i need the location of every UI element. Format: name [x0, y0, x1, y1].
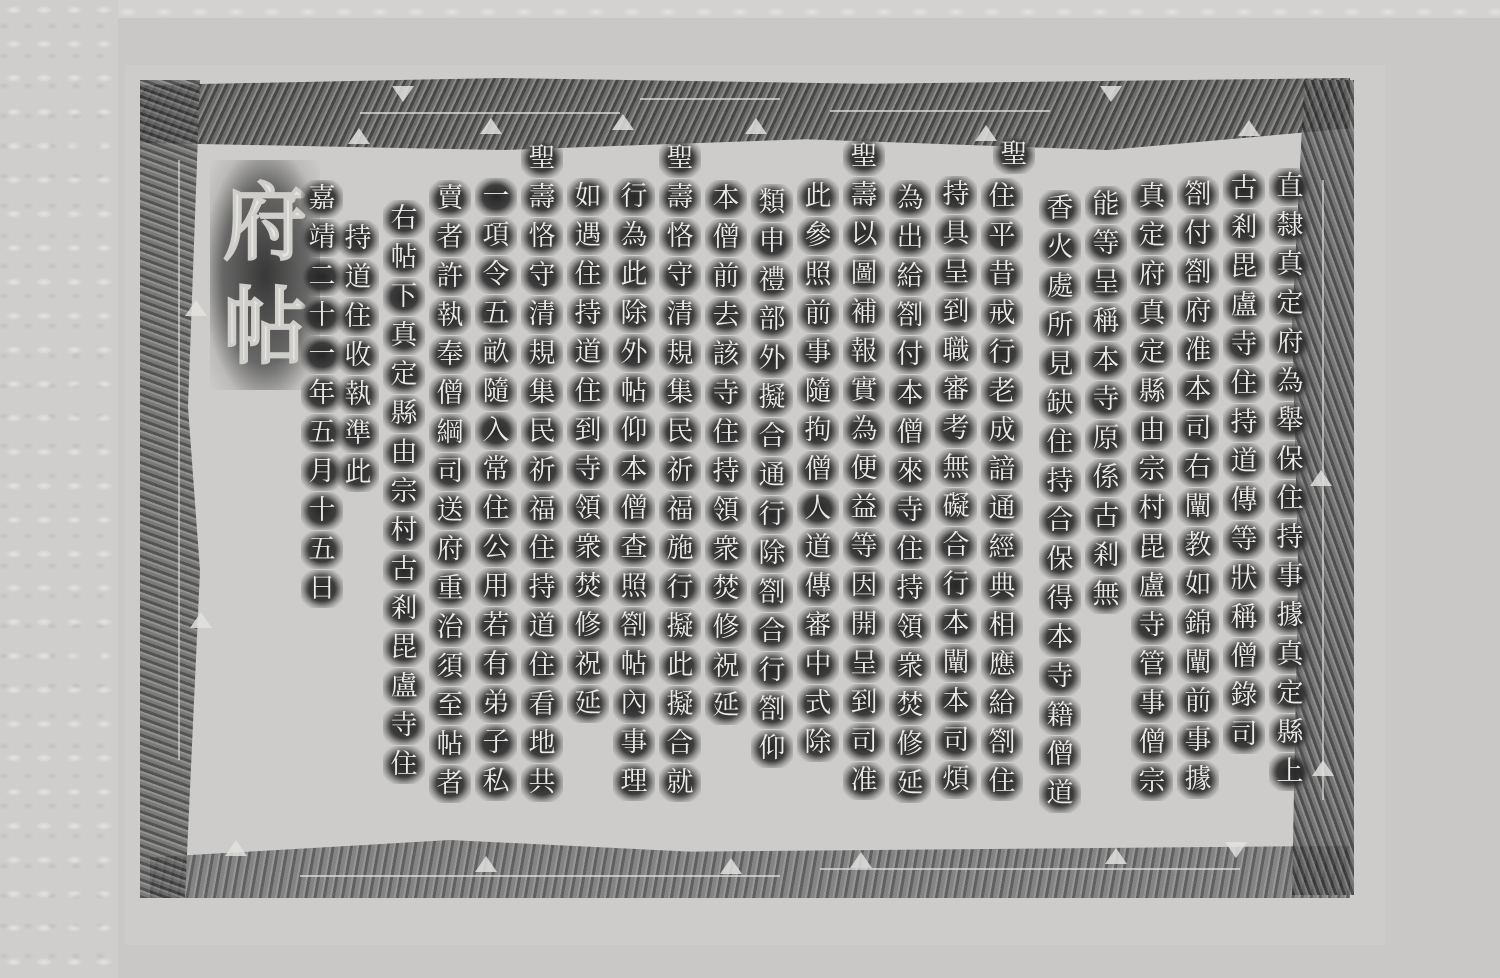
inscription-column: 如遇住持道住到寺領衆焚修祝延	[566, 178, 610, 724]
inscription-character: 火	[1039, 229, 1081, 267]
inscription-character: 持	[1223, 404, 1265, 442]
inscription-column: 本僧前去該寺住持領衆焚修祝延	[704, 180, 748, 726]
inscription-character: 到	[843, 684, 885, 722]
inscription-character: 等	[1085, 225, 1127, 263]
inscription-character: 府	[1131, 256, 1173, 294]
inscription-character: 祈	[521, 452, 563, 490]
inscription-character: 帖	[383, 239, 425, 277]
inscription-character: 僧	[1039, 736, 1081, 774]
inscription-character: 前	[797, 295, 839, 333]
inscription-character: 年	[301, 375, 343, 413]
inscription-character: 規	[659, 335, 701, 373]
inscription-character: 行	[613, 178, 655, 216]
inscription-character: 守	[521, 257, 563, 295]
inscription-character: 通	[981, 490, 1023, 528]
inscription-character: 延	[567, 685, 609, 723]
inscription-character: 持	[935, 176, 977, 214]
inscription-character: 除	[613, 295, 655, 333]
inscription-character: 住	[521, 647, 563, 685]
inscription-character: 本	[705, 180, 747, 218]
inscription-character: 寺	[1223, 326, 1265, 364]
inscription-character: 內	[613, 685, 655, 723]
inscription-character: 司	[935, 722, 977, 760]
inscription-character: 合	[751, 418, 793, 456]
inscription-character: 縣	[383, 395, 425, 433]
inscription-character: 十	[301, 492, 343, 530]
inscription-character: 毘	[383, 629, 425, 667]
inscription-column: 持具呈到職審考無礙合行本闡本司煩	[934, 176, 978, 800]
inscription-character: 許	[429, 258, 471, 296]
inscription-character: 聖	[521, 140, 563, 178]
inscription-character: 司	[429, 453, 471, 491]
inscription-character: 劄	[751, 574, 793, 612]
inscription-character: 呈	[935, 254, 977, 292]
inscription-character: 縣	[1131, 373, 1173, 411]
inscription-character: 僧	[705, 219, 747, 257]
title-char: 府	[223, 171, 307, 275]
inscription-character: 到	[567, 412, 609, 450]
inscription-character: 持	[521, 569, 563, 607]
inscription-character: 綱	[429, 414, 471, 452]
inscription-character: 地	[521, 725, 563, 763]
triangle-ornament-icon	[475, 856, 497, 872]
inscription-column: 古剎毘盧寺住持道傳等狀稱僧錄司	[1222, 170, 1266, 755]
inscription-character: 真	[1269, 246, 1311, 284]
inscription-character: 考	[935, 410, 977, 448]
triangle-ornament-icon	[185, 300, 207, 316]
inscription-character: 住	[981, 178, 1023, 216]
inscription-character: 職	[935, 332, 977, 370]
inscription-character: 衆	[567, 529, 609, 567]
inscription-character: 外	[613, 334, 655, 372]
inscription-character: 古	[1223, 170, 1265, 208]
inscription-column: 聖壽恪守清規集民祈福住持道住看地共	[520, 140, 564, 803]
inscription-character: 事	[1177, 722, 1219, 760]
inscription-character: 狀	[1223, 560, 1265, 598]
border-incised-line	[178, 160, 180, 760]
inscription-character: 見	[1039, 346, 1081, 384]
inscription-character: 嘉	[301, 180, 343, 218]
inscription-character: 令	[475, 256, 517, 294]
inscription-character: 由	[383, 434, 425, 472]
inscription-character: 規	[521, 335, 563, 373]
inscription-character: 煩	[935, 761, 977, 799]
inscription-character: 宗	[1131, 451, 1173, 489]
inscription-character: 本	[1039, 619, 1081, 657]
inscription-character: 教	[1177, 527, 1219, 565]
inscription-character: 隨	[475, 373, 517, 411]
inscription-character: 剎	[383, 590, 425, 628]
inscription-character: 本	[889, 375, 931, 413]
inscription-character: 錄	[1223, 677, 1265, 715]
inscription-character: 劄	[1177, 176, 1219, 214]
inscription-character: 道	[797, 529, 839, 567]
inscription-character: 民	[521, 413, 563, 451]
inscription-character: 領	[889, 609, 931, 647]
inscription-character: 人	[797, 490, 839, 528]
inscription-character: 傳	[797, 568, 839, 606]
inscription-character: 參	[797, 217, 839, 255]
inscription-character: 帖	[613, 373, 655, 411]
inscription-character: 住	[981, 763, 1023, 801]
inscription-character: 由	[1131, 412, 1173, 450]
inscription-character: 民	[659, 413, 701, 451]
inscription-character: 開	[843, 606, 885, 644]
inscription-character: 照	[613, 568, 655, 606]
inscription-character: 此	[797, 178, 839, 216]
inscription-character: 隸	[1269, 207, 1311, 245]
inscription-character: 恪	[521, 218, 563, 256]
inscription-character: 若	[475, 607, 517, 645]
inscription-character: 前	[1177, 683, 1219, 721]
inscription-character: 本	[1177, 371, 1219, 409]
inscription-column: 香火處所見缺住持合保得本寺籍僧道	[1038, 190, 1082, 814]
inscription-character: 類	[751, 184, 793, 222]
inscription-character: 典	[981, 568, 1023, 606]
inscription-character: 定	[1269, 285, 1311, 323]
inscription-character: 錦	[1177, 605, 1219, 643]
inscription-character: 就	[659, 764, 701, 802]
triangle-ornament-icon	[1225, 842, 1247, 858]
triangle-ornament-icon	[720, 858, 742, 874]
inscription-character: 諳	[981, 451, 1023, 489]
inscription-character: 持	[567, 295, 609, 333]
inscription-character: 寺	[567, 451, 609, 489]
inscription-character: 弟	[475, 685, 517, 723]
triangle-ornament-icon	[392, 86, 414, 102]
inscription-character: 合	[1039, 502, 1081, 540]
inscription-character: 礙	[935, 488, 977, 526]
inscription-character: 合	[751, 613, 793, 651]
inscription-character: 十	[301, 297, 343, 335]
inscription-character: 縣	[1269, 714, 1311, 752]
inscription-character: 五	[301, 414, 343, 452]
inscription-character: 准	[843, 762, 885, 800]
inscription-character: 常	[475, 451, 517, 489]
inscription-character: 出	[889, 219, 931, 257]
inscription-character: 報	[843, 333, 885, 371]
inscription-character: 無	[1085, 576, 1127, 614]
inscription-character: 寺	[1131, 607, 1173, 645]
inscription-character: 修	[889, 726, 931, 764]
inscription-character: 為	[889, 180, 931, 218]
inscription-character: 守	[659, 257, 701, 295]
inscription-character: 保	[1039, 541, 1081, 579]
inscription-character: 至	[429, 687, 471, 725]
mounting-side-panel	[0, 0, 118, 978]
inscription-character: 平	[981, 217, 1023, 255]
inscription-character: 除	[751, 535, 793, 573]
inscription-character: 古	[1085, 498, 1127, 536]
inscription-character: 宗	[1131, 763, 1173, 801]
inscription-column: 直隸真定府為舉保住持事據真定縣上	[1268, 168, 1312, 792]
inscription-character: 具	[935, 215, 977, 253]
inscription-character: 如	[1177, 566, 1219, 604]
inscription-character: 盧	[1223, 287, 1265, 325]
inscription-character: 真	[1131, 178, 1173, 216]
inscription-character: 清	[521, 296, 563, 334]
triangle-ornament-icon	[225, 840, 247, 856]
inscription-character: 月	[301, 453, 343, 491]
inscription-character: 壽	[843, 177, 885, 215]
inscription-character: 得	[1039, 580, 1081, 618]
inscription-character: 係	[1085, 459, 1127, 497]
inscription-character: 毘	[1223, 248, 1265, 286]
inscription-character: 相	[981, 607, 1023, 645]
inscription-character: 等	[843, 528, 885, 566]
inscription-character: 道	[1039, 775, 1081, 813]
inscription-character: 稱	[1223, 599, 1265, 637]
title-char: 帖	[223, 275, 307, 379]
inscription-character: 住	[383, 746, 425, 784]
inscription-character: 事	[1269, 558, 1311, 596]
inscription-character: 合	[935, 527, 977, 565]
inscription-character: 修	[705, 609, 747, 647]
inscription-character: 領	[567, 490, 609, 528]
inscription-character: 重	[429, 570, 471, 608]
inscription-character: 仰	[613, 412, 655, 450]
inscription-character: 行	[935, 566, 977, 604]
inscription-character: 前	[705, 258, 747, 296]
inscription-character: 呈	[843, 645, 885, 683]
inscription-character: 定	[1131, 334, 1173, 372]
inscription-character: 審	[797, 607, 839, 645]
inscription-character: 府	[429, 531, 471, 569]
inscription-character: 闡	[935, 644, 977, 682]
inscription-character: 住	[1269, 480, 1311, 518]
inscription-character: 缺	[1039, 385, 1081, 423]
border-top	[140, 78, 1350, 150]
inscription-character: 恪	[659, 218, 701, 256]
inscription-character: 擬	[659, 608, 701, 646]
inscription-character: 直	[1269, 168, 1311, 206]
inscription-character: 擬	[659, 686, 701, 724]
inscription-character: 用	[475, 568, 517, 606]
inscription-character: 為	[613, 217, 655, 255]
inscription-character: 香	[1039, 190, 1081, 228]
inscription-character: 無	[935, 449, 977, 487]
inscription-character: 老	[981, 373, 1023, 411]
inscription-character: 上	[1269, 753, 1311, 791]
inscription-character: 司	[843, 723, 885, 761]
inscription-character: 劄	[889, 297, 931, 335]
inscription-character: 送	[429, 492, 471, 530]
inscription-character: 益	[843, 489, 885, 527]
inscription-character: 村	[383, 512, 425, 550]
inscription-character: 司	[1223, 716, 1265, 754]
inscription-character: 焚	[705, 570, 747, 608]
inscription-character: 事	[797, 334, 839, 372]
inscription-character: 村	[1131, 490, 1173, 528]
inscription-character: 事	[613, 724, 655, 762]
inscription-character: 據	[1269, 597, 1311, 635]
inscription-character: 事	[1131, 685, 1173, 723]
inscription-character: 道	[1223, 443, 1265, 481]
inscription-character: 能	[1085, 186, 1127, 224]
inscription-character: 私	[475, 763, 517, 801]
inscription-character: 住	[1039, 424, 1081, 462]
inscription-character: 項	[475, 217, 517, 255]
inscription-character: 遇	[567, 217, 609, 255]
inscription-character: 府	[1177, 293, 1219, 331]
inscription-character: 通	[751, 457, 793, 495]
triangle-ornament-icon	[1100, 86, 1122, 102]
inscription-character: 定	[1269, 675, 1311, 713]
inscription-character: 籍	[1039, 697, 1081, 735]
inscription-character: 定	[1131, 217, 1173, 255]
inscription-character: 壽	[659, 179, 701, 217]
inscription-column: 此參照前事隨拘僧人道傳審中式除	[796, 178, 840, 763]
inscription-character: 舉	[1269, 402, 1311, 440]
inscription-character: 一	[301, 336, 343, 374]
inscription-column: 住平昔戒行老成諳通經典相應給劄住	[980, 178, 1024, 802]
inscription-character: 焚	[567, 568, 609, 606]
inscription-character: 公	[475, 529, 517, 567]
inscription-character: 二	[301, 258, 343, 296]
triangle-ornament-icon	[1312, 760, 1334, 776]
inscription-character: 僧	[1223, 638, 1265, 676]
triangle-ornament-icon	[1310, 470, 1332, 486]
inscription-character: 福	[659, 491, 701, 529]
inscription-character: 闡	[1177, 644, 1219, 682]
inscription-character: 管	[1131, 646, 1173, 684]
inscription-character: 修	[567, 607, 609, 645]
inscription-character: 本	[613, 451, 655, 489]
inscription-character: 下	[383, 278, 425, 316]
inscription-character: 宗	[383, 473, 425, 511]
inscription-character: 本	[935, 683, 977, 721]
inscription-character: 施	[659, 530, 701, 568]
inscription-character: 持	[705, 453, 747, 491]
inscription-character: 清	[659, 296, 701, 334]
inscription-character: 除	[797, 724, 839, 762]
inscription-character: 劄	[1177, 254, 1219, 292]
triangle-ornament-icon	[1238, 120, 1260, 136]
inscription-character: 僧	[429, 375, 471, 413]
inscription-character: 府	[1269, 324, 1311, 362]
triangle-ornament-icon	[745, 118, 767, 134]
inscription-character: 五	[301, 531, 343, 569]
inscription-character: 住	[705, 414, 747, 452]
inscription-character: 理	[613, 763, 655, 801]
inscription-character: 延	[705, 687, 747, 725]
inscription-character: 賣	[429, 180, 471, 218]
inscription-character: 真	[383, 317, 425, 355]
inscription-character: 日	[301, 570, 343, 608]
inscription-character: 住	[567, 373, 609, 411]
inscription-character: 持	[1269, 519, 1311, 557]
inscription-character: 集	[659, 374, 701, 412]
inscription-character: 劄	[751, 691, 793, 729]
inscription-character: 如	[567, 178, 609, 216]
inscription-character: 闡	[1177, 488, 1219, 526]
inscription-character: 便	[843, 450, 885, 488]
inscription-character: 准	[1177, 332, 1219, 370]
inscription-character: 入	[475, 412, 517, 450]
inscription-character: 祝	[705, 648, 747, 686]
inscription-character: 司	[1177, 410, 1219, 448]
border-incised-line	[640, 98, 780, 100]
inscription-character: 傳	[1223, 482, 1265, 520]
inscription-character: 外	[751, 340, 793, 378]
inscription-character: 所	[1039, 307, 1081, 345]
inscription-character: 執	[429, 297, 471, 335]
inscription-character: 共	[521, 764, 563, 802]
inscription-character: 本	[1085, 342, 1127, 380]
border-incised-line	[820, 868, 1240, 870]
inscription-character: 僧	[797, 451, 839, 489]
inscription-column: 聖壽以圖補報實為便益等因開呈到司准	[842, 138, 886, 801]
inscription-column: 劄付劄府准本司右闡教如錦闡前事據	[1176, 176, 1220, 800]
inscription-character: 僧	[1131, 724, 1173, 762]
inscription-character: 聖	[659, 140, 701, 178]
inscription-character: 有	[475, 646, 517, 684]
inscription-character: 此	[613, 256, 655, 294]
inscription-character: 擬	[751, 379, 793, 417]
inscription-character: 該	[705, 336, 747, 374]
inscription-character: 真	[1269, 636, 1311, 674]
inscription-character: 剎	[1085, 537, 1127, 575]
border-incised-line	[830, 110, 1050, 112]
inscription-column: 嘉靖二十一年五月十五日	[300, 180, 344, 609]
inscription-character: 合	[659, 725, 701, 763]
inscription-character: 等	[1223, 521, 1265, 559]
inscription-character: 寺	[383, 707, 425, 745]
inscription-character: 寺	[1039, 658, 1081, 696]
inscription-column: 類申禮部外擬合通行除劄合行劄仰	[750, 184, 794, 769]
inscription-character: 剎	[1223, 209, 1265, 247]
inscription-character: 到	[935, 293, 977, 331]
inscription-character: 給	[889, 258, 931, 296]
inscription-character: 為	[843, 411, 885, 449]
inscription-character: 五	[475, 295, 517, 333]
inscription-character: 住	[889, 531, 931, 569]
inscription-character: 僧	[613, 490, 655, 528]
inscription-character: 中	[797, 646, 839, 684]
inscription-character: 持	[1039, 463, 1081, 501]
inscription-character: 定	[383, 356, 425, 394]
inscription-character: 治	[429, 609, 471, 647]
inscription-character: 行	[659, 569, 701, 607]
inscription-character: 付	[1177, 215, 1219, 253]
inscription-character: 住	[567, 256, 609, 294]
inscription-character: 住	[1223, 365, 1265, 403]
inscription-character: 本	[935, 605, 977, 643]
triangle-ornament-icon	[348, 128, 370, 144]
inscription-character: 稱	[1085, 303, 1127, 341]
inscription-character: 靖	[301, 219, 343, 257]
inscription-character: 呈	[1085, 264, 1127, 302]
inscription-column: 聖壽恪守清規集民祈福施行擬此擬合就	[658, 140, 702, 803]
inscription-character: 應	[981, 646, 1023, 684]
inscription-character: 奉	[429, 336, 471, 374]
inscription-character: 給	[981, 685, 1023, 723]
inscription-character: 住	[475, 490, 517, 528]
inscription-character: 劄	[613, 607, 655, 645]
inscription-character: 僧	[889, 414, 931, 452]
triangle-ornament-icon	[190, 612, 212, 628]
inscription-character: 真	[1131, 295, 1173, 333]
inscription-column: 能等呈稱本寺原係古剎無	[1084, 186, 1128, 615]
inscription-column: 聖	[992, 136, 1036, 175]
inscription-character: 經	[981, 529, 1023, 567]
border-incised-line	[1322, 180, 1324, 800]
inscription-character: 畝	[475, 334, 517, 372]
inscription-character: 申	[751, 223, 793, 261]
inscription-character: 寺	[1085, 381, 1127, 419]
inscription-column: 一項令五畝隨入常住公用若有弟子私	[474, 178, 518, 802]
inscription-column: 真定府真定縣由宗村毘盧寺管事僧宗	[1130, 178, 1174, 802]
